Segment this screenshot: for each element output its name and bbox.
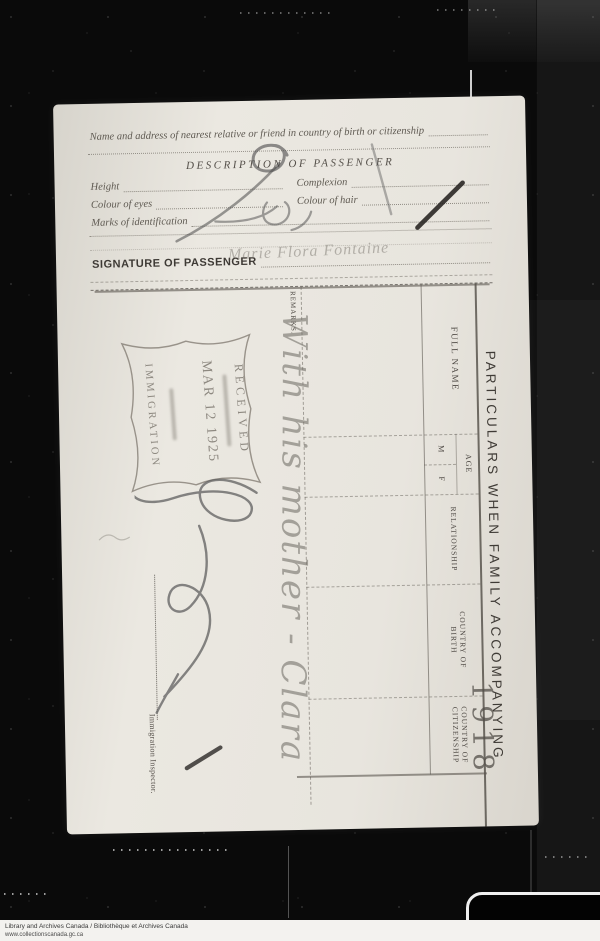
archive-url: www.collectionscanada.gc.ca	[5, 931, 600, 940]
inspector-caption: Immigration Inspector.	[148, 714, 159, 794]
dotted-rule	[88, 146, 490, 155]
country-of-citizenship-line2: CITIZENSHIP	[450, 696, 461, 774]
film-speck-row	[545, 856, 589, 858]
column-header-female: F	[436, 464, 447, 494]
relative-line-label: Name and address of nearest relative or …	[90, 126, 429, 143]
eyes-label: Colour of eyes	[91, 199, 156, 211]
dotted-leader	[156, 196, 283, 209]
description-heading: DESCRIPTION OF PASSENGER	[54, 154, 526, 175]
hair-label: Colour of hair	[297, 195, 362, 207]
marks-label: Marks of identification	[91, 216, 191, 228]
archive-attribution: Library and Archives Canada / Bibliothèq…	[5, 922, 600, 931]
dotted-rule	[90, 228, 492, 237]
film-speck-row	[113, 849, 233, 851]
column-divider	[303, 434, 477, 438]
dotted-leader	[123, 178, 283, 192]
header-bottom-line	[421, 285, 431, 775]
document-card: Name and address of nearest relative or …	[53, 96, 539, 835]
dotted-leader	[351, 174, 488, 188]
inspector-signature-line	[154, 575, 158, 720]
column-header-age: AGE	[462, 434, 473, 494]
dashed-rule	[90, 274, 492, 283]
film-speck-row	[437, 9, 497, 11]
age-subline	[455, 434, 457, 494]
height-complexion-row: Height Complexion	[91, 174, 489, 193]
particulars-table: PARTICULARS WHEN FAMILY ACCOMPANYING FUL…	[76, 283, 511, 836]
height-label: Height	[91, 182, 124, 193]
film-speck-row	[4, 893, 50, 895]
remark-handwriting: With his mother - Clara	[272, 313, 314, 843]
film-band-right	[536, 0, 600, 900]
year-stamp: 1918	[465, 681, 500, 777]
marks-row: Marks of identification	[91, 210, 489, 229]
column-header-relationship: RELATIONSHIP	[448, 494, 459, 584]
column-header-male: M	[435, 434, 446, 464]
microfilm-scan: Name and address of nearest relative or …	[0, 0, 600, 941]
dotted-leader	[191, 210, 489, 227]
dotted-leader	[428, 124, 488, 136]
received-stamp: RECEIVED MAR 12 1925 IMMIGRATION	[109, 322, 273, 504]
dotted-leader	[362, 192, 490, 205]
archive-footer: Library and Archives Canada / Bibliothèq…	[0, 920, 600, 941]
column-header-full-name: FULL NAME	[447, 284, 461, 434]
film-speck-row	[240, 12, 330, 14]
film-scratch	[288, 846, 289, 918]
relative-line-row: Name and address of nearest relative or …	[90, 124, 488, 143]
eyes-hair-row: Colour of eyes Colour of hair	[91, 192, 489, 211]
column-header-country-of-birth: COUNTRY OF BIRTH	[448, 584, 469, 696]
complexion-label: Complexion	[296, 177, 351, 189]
